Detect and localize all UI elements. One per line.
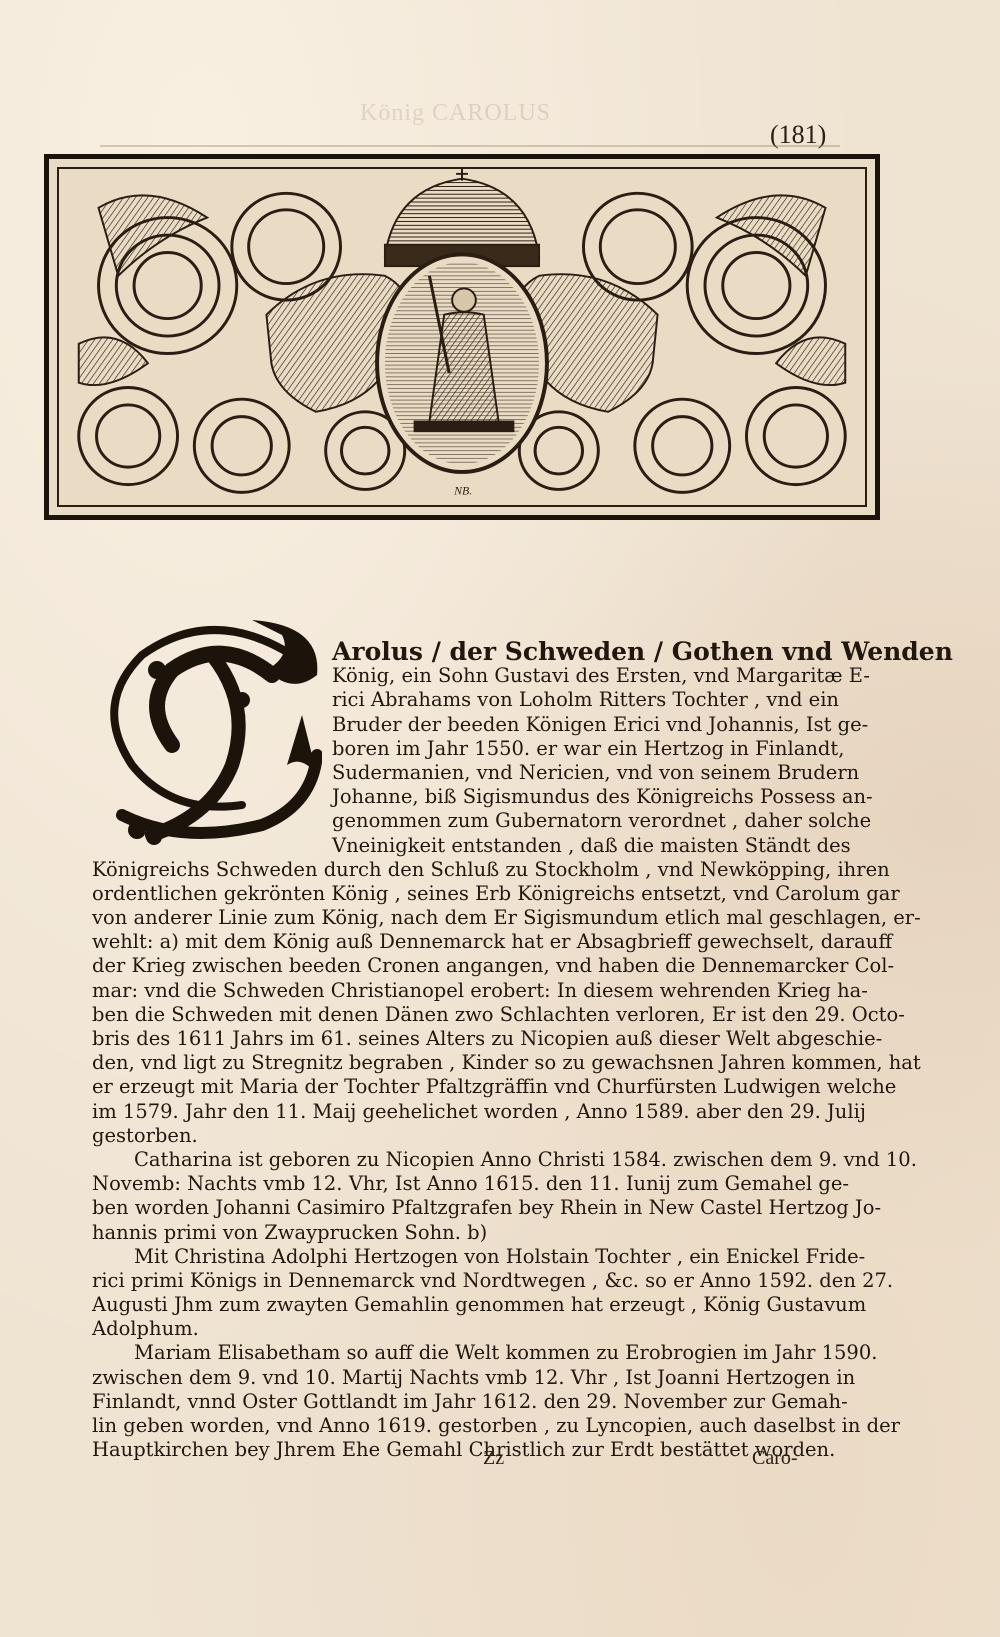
woodcut-frame: NB. — [57, 167, 867, 507]
body-text: Arolus / der Schweden / Gothen vnd Wende… — [92, 640, 832, 1462]
text-line: den, vnd ligt zu Stregnitz begraben , Ki… — [92, 1051, 832, 1075]
text-line: boren im Jahr 1550. er war ein Hertzog i… — [332, 737, 832, 761]
text-line: er erzeugt mit Maria der Tochter Pfaltzg… — [92, 1075, 832, 1099]
text-line: Mit Christina Adolphi Hertzogen von Hols… — [92, 1245, 832, 1269]
text-line: Catharina ist geboren zu Nicopien Anno C… — [92, 1148, 832, 1172]
text-line: Bruder der beeden Königen Erici vnd Joha… — [332, 713, 832, 737]
text-line: lin geben worden, vnd Anno 1619. gestorb… — [92, 1414, 832, 1438]
text-line: ben die Schweden mit denen Dänen zwo Sch… — [92, 1003, 832, 1027]
ornament-illustration: NB. — [59, 169, 865, 505]
text-line: Hauptkirchen bey Jhrem Ehe Gemahl Christ… — [92, 1438, 832, 1462]
text-line: Mariam Elisabetham so auff die Welt komm… — [92, 1341, 832, 1365]
text-line: von anderer Linie zum König, nach dem Er… — [92, 906, 832, 930]
text-line: Finlandt, vnnd Oster Gottlandt im Jahr 1… — [92, 1390, 832, 1414]
text-line: Adolphum. — [92, 1317, 832, 1341]
text-line: hannis primi von Zwayprucken Sohn. b) — [92, 1221, 832, 1245]
text-line: zwischen dem 9. vnd 10. Martij Nachts vm… — [92, 1366, 832, 1390]
text-line: wehlt: a) mit dem König auß Dennemarck h… — [92, 930, 832, 954]
text-line: gestorben. — [92, 1124, 832, 1148]
text-line: im 1579. Jahr den 11. Maij geehelichet w… — [92, 1100, 832, 1124]
text-line: Augusti Jhm zum zwayten Gemahlin genomme… — [92, 1293, 832, 1317]
text-line: Johanne, biß Sigismundus des Königreichs… — [332, 785, 832, 809]
text-line: mar: vnd die Schweden Christianopel erob… — [92, 979, 832, 1003]
text-line: rici primi Königs in Dennemarck vnd Nord… — [92, 1269, 832, 1293]
catchword: Caro- — [752, 1447, 798, 1470]
woodcut-headpiece: NB. — [44, 154, 880, 520]
text-line: rici Abrahams von Loholm Ritters Tochter… — [332, 688, 832, 712]
text-line: Königreichs Schweden durch den Schluß zu… — [92, 858, 832, 882]
text-line: ordentlichen gekrönten König , seines Er… — [92, 882, 832, 906]
text-line: ben worden Johanni Casimiro Pfaltzgrafen… — [92, 1196, 832, 1220]
signature-mark: Zz — [483, 1447, 504, 1470]
text-line: König, ein Sohn Gustavi des Ersten, vnd … — [332, 664, 832, 688]
woodcut-monogram: NB. — [453, 484, 472, 497]
text-line: Novemb: Nachts vmb 12. Vhr, Ist Anno 161… — [92, 1172, 832, 1196]
text-line: Arolus / der Schweden / Gothen vnd Wende… — [332, 640, 832, 664]
header-rule — [100, 145, 840, 147]
show-through-header: König CAROLUS — [360, 100, 551, 127]
text-line: der Krieg zwischen beeden Cronen angange… — [92, 954, 832, 978]
text-line: Vneinigkeit entstanden , daß die maisten… — [332, 834, 832, 858]
text-line: bris des 1611 Jahrs im 61. seines Alters… — [92, 1027, 832, 1051]
text-line: genommen zum Gubernatorn verordnet , dah… — [332, 809, 832, 833]
text-line: Sudermanien, vnd Nericien, vnd von seine… — [332, 761, 832, 785]
